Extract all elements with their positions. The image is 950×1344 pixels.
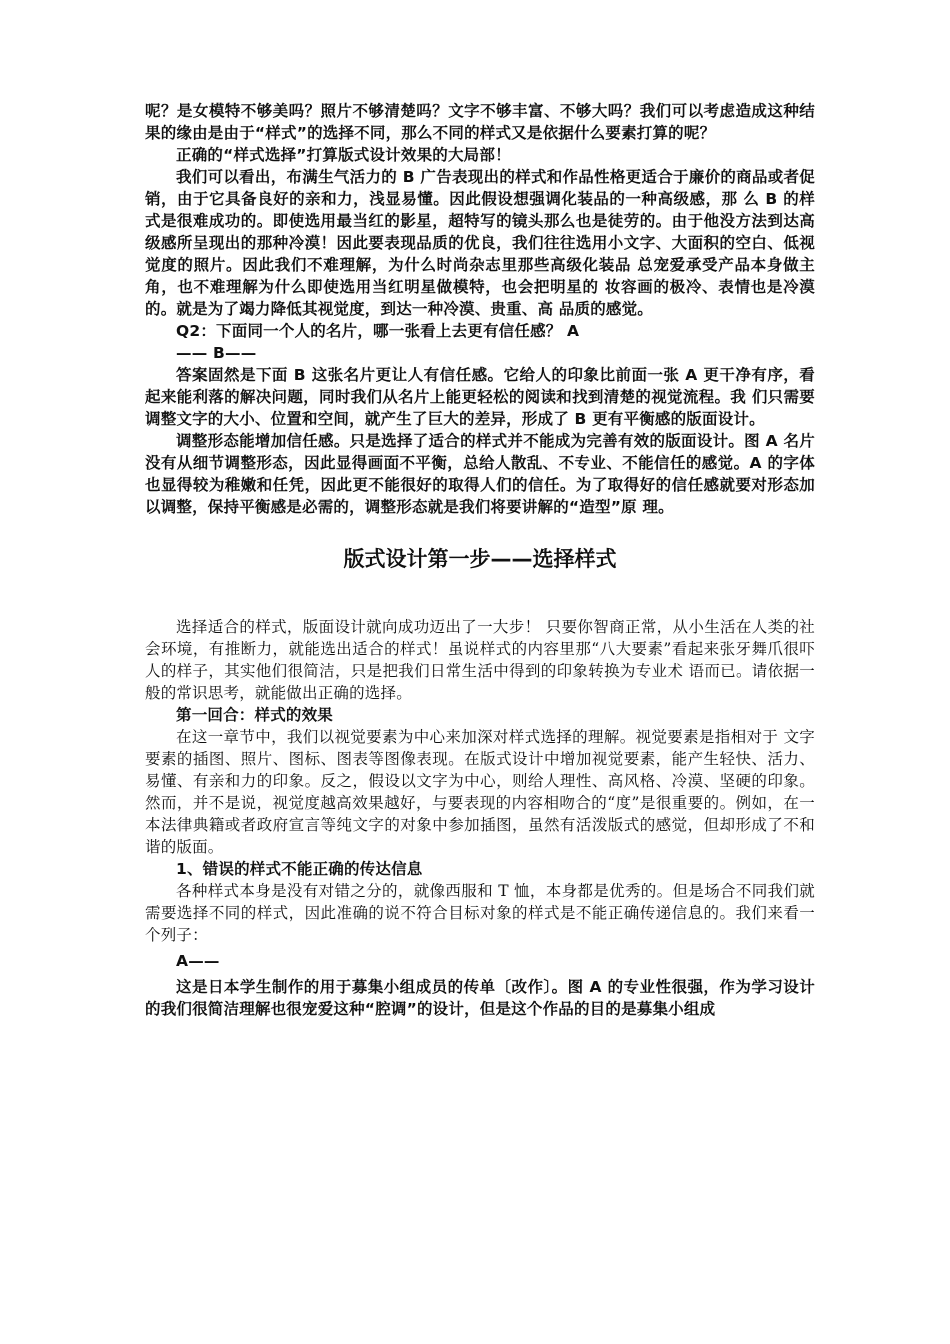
paragraph-q2: Q2：下面同一个人的名片，哪一张看上去更有信任感？ A — [145, 320, 815, 342]
paragraph-ad-analysis: 我们可以看出，布满生气活力的 B 广告表现出的样式和作品性格更适合于廉价的商品或… — [145, 166, 815, 320]
paragraph-choose-style: 选择适合的样式，版面设计就向成功迈出了一大步！ 只要你智商正常，从小生活在人类的… — [145, 616, 815, 704]
section-heading: 版式设计第一步——选择样式 — [145, 544, 815, 574]
paragraph-visual-elements: 在这一章节中，我们以视觉要素为中心来加深对样式选择的理解。视觉要素是指相对于 文… — [145, 726, 815, 858]
paragraph-a-label: A—— — [145, 950, 815, 972]
paragraph-no-right-wrong: 各种样式本身是没有对错之分的，就像西服和 T 恤，本身都是优秀的。但是场合不同我… — [145, 880, 815, 946]
subheading-round-one: 第一回合：样式的效果 — [145, 704, 815, 726]
paragraph-style-choice: 正确的“样式选择”打算版式设计效果的大局部！ — [145, 144, 815, 166]
paragraph-answer: 答案固然是下面 B 这张名片更让人有信任感。它给人的印象比前面一张 A 更干净有… — [145, 364, 815, 430]
subheading-wrong-style: 1、错误的样式不能正确的传达信息 — [145, 858, 815, 880]
paragraph-intro-question: 呢？是女模特不够美吗？照片不够清楚吗？文字不够丰富、不够大吗？我们可以考虑造成这… — [145, 100, 815, 144]
document-page: 呢？是女模特不够美吗？照片不够清楚吗？文字不够丰富、不够大吗？我们可以考虑造成这… — [145, 100, 815, 1020]
paragraph-adjust-form: 调整形态能增加信任感。只是选择了适合的样式并不能成为完善有效的版面设计。图 A … — [145, 430, 815, 518]
paragraph-flyer-example: 这是日本学生制作的用于募集小组成员的传单〔改作〕。图 A 的专业性很强，作为学习… — [145, 976, 815, 1020]
paragraph-b-label: —— B—— — [145, 342, 815, 364]
